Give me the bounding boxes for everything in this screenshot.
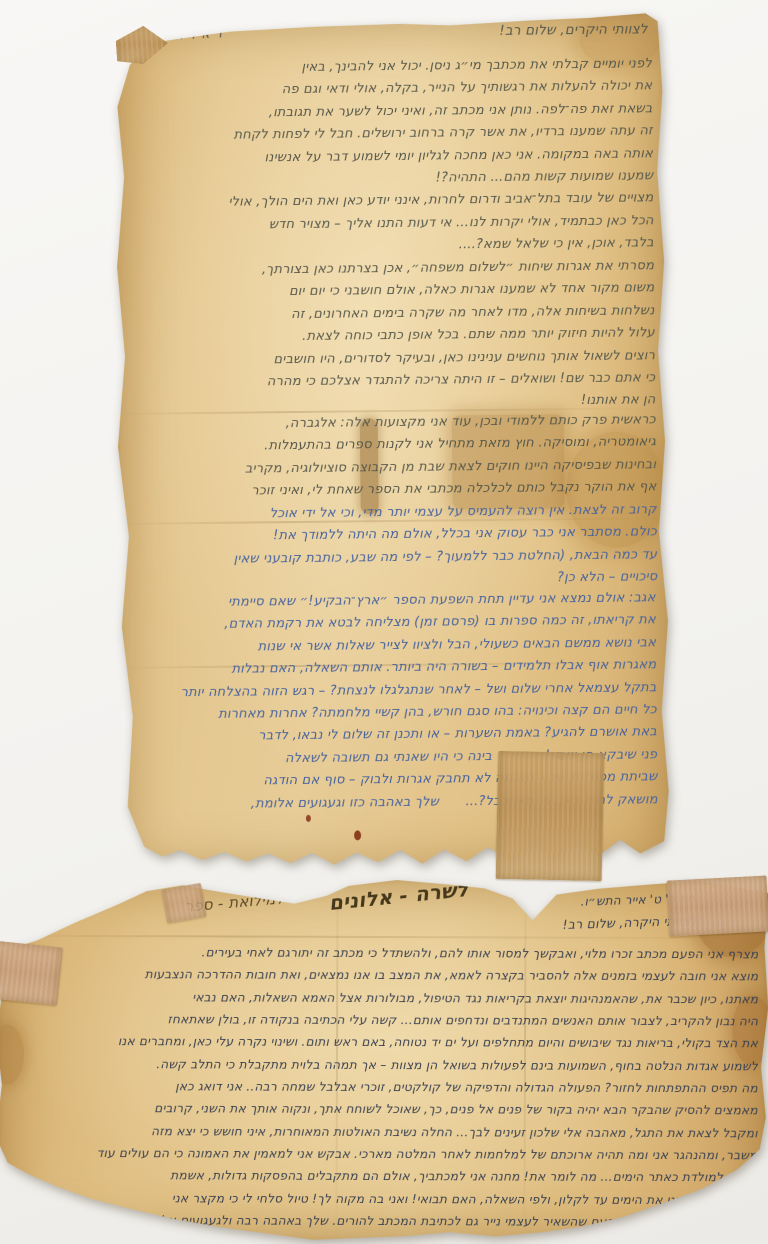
handwritten-line: במכתבך, אולם רוצה אני הפעם שהשאיר לעצמי … bbox=[7, 1209, 757, 1234]
handwritten-line: היה נבון להקריב, לצבור אותם האנשים המתנד… bbox=[8, 1008, 758, 1033]
paragraph: קרוב זה לצאת. אין רוצה להעמיס על עצמי יו… bbox=[129, 499, 658, 594]
tape-piece bbox=[0, 941, 63, 1006]
paragraph: לפני יומיים קבלתי את מכתבך מי״ג ניסן. יכ… bbox=[124, 53, 654, 260]
handwritten-line: מוצא אני חובה לעצמי בזמנים אלה להסביר בק… bbox=[8, 963, 758, 988]
fragment-page: למילואת - ספר לשרה - אלונים יום ד' ט' אי… bbox=[0, 875, 768, 1244]
letter-page: ז' אייר התש״ו. לצוותי היקרים, שלום רב! ל… bbox=[110, 11, 675, 879]
handwritten-line: מה תפיס ההתפתחות לחזור? הפעולה הגדולה וה… bbox=[8, 1075, 758, 1100]
greeting-line: לצוותי היקרים, שלום רב! bbox=[499, 21, 648, 39]
handwritten-line: את הצד בקולי, בריאות נגד שיבושים והיום מ… bbox=[8, 1030, 758, 1055]
handwritten-line: מצרף אני הפעם מכתב זכרו מלוי, ואבקשך למס… bbox=[8, 941, 758, 966]
handwritten-line: לחזור למולדת כאתר הימים... מה לומר את! מ… bbox=[8, 1164, 758, 1189]
handwritten-line: משבר, ומהנהגר אני ומה תהיה ארוכתם של למל… bbox=[8, 1142, 758, 1167]
fragment-body: מצרף אני הפעם מכתב זכרו מלוי, ואבקשך למס… bbox=[7, 941, 758, 1234]
handwritten-line: מאמצים להסיק שהבקר הבא יהיה בקור של פנים… bbox=[8, 1097, 758, 1122]
tape-piece bbox=[161, 883, 206, 923]
tape-piece bbox=[667, 875, 768, 936]
paragraph: מסרתי את אגרות שיחות ״לשלום משפחה״, אכן … bbox=[126, 255, 656, 417]
handwritten-line: ומקבל לצאת את התגל, מאהבה אלי שלכון זעינ… bbox=[8, 1119, 758, 1144]
handwritten-line: מי בה?. עונה אני את הימים עד לקלון, ולפי… bbox=[7, 1186, 757, 1211]
handwritten-line: מאתנו, כיון שכבר את, שהאמנהיגות יוצאת בק… bbox=[8, 985, 758, 1010]
tape-piece bbox=[496, 751, 605, 881]
handwritten-line: לשמוע אגדות הנלטה בחוף, השמועות בינם לפע… bbox=[8, 1052, 758, 1077]
paragraph: כראשית פרק כותם ללמודי ובכן, עוד אני מקצ… bbox=[128, 409, 657, 504]
